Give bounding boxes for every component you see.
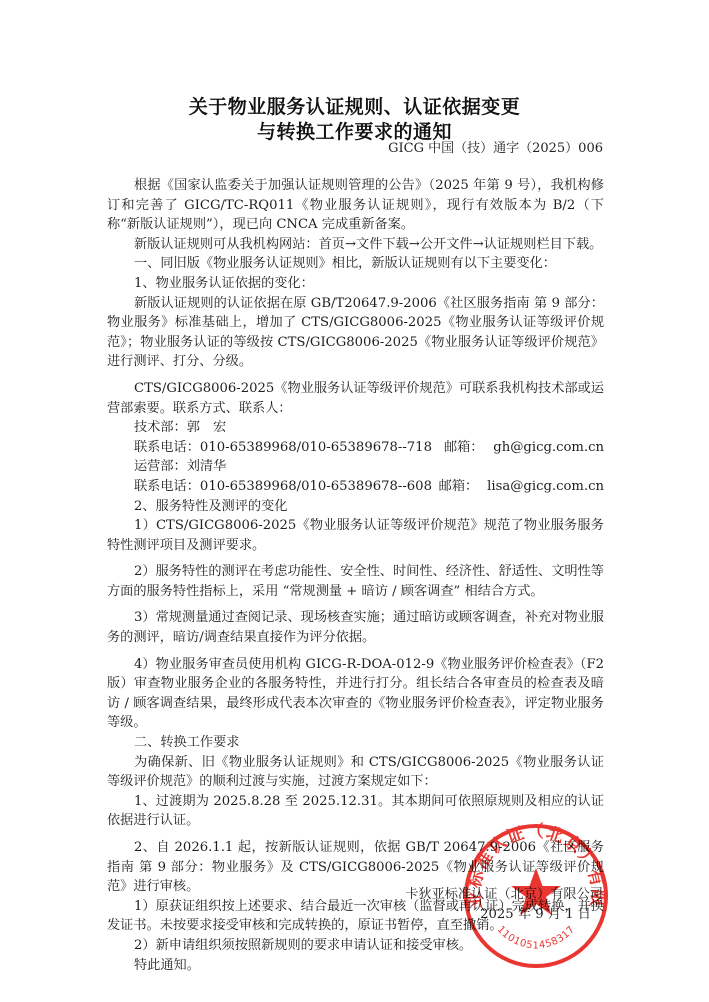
- paragraph-contact-intro: CTS/GICG8006-2025《物业服务认证等级评价规范》可联系我机构技术部…: [107, 379, 604, 418]
- paragraph-basis-detail: 新版认证规则的认证依据在原 GB/T20647.9-2006《社区服务指南 第 …: [107, 294, 604, 372]
- notice-document: 关于物业服务认证规则、认证依据变更 与转换工作要求的通知 GICG 中国（技）通…: [0, 0, 709, 1002]
- svg-text:1101051458317: 1101051458317: [495, 924, 578, 951]
- document-title-line1: 关于物业服务认证规则、认证依据变更: [0, 92, 709, 119]
- item-2-4: 4）物业服务审查员使用机构 GICG-R-DOA-012-9《物业服务评价检查表…: [107, 655, 604, 733]
- seal-code: 1101051458317: [495, 924, 578, 951]
- section-heading-changes: 一、同旧版《物业服务认证规则》相比，新版认证规则有以下主要变化：: [107, 254, 604, 274]
- contact-tech-email: gh@gicg.com.cn: [493, 438, 604, 458]
- contact-ops-row: 联系电话：010-65389968/010-65389678--608 邮箱： …: [107, 477, 604, 497]
- document-number: GICG 中国（技）通字（2025）006: [388, 137, 603, 156]
- contact-ops-dept: 运营部：刘清华: [107, 457, 604, 477]
- subheading-basis-change: 1、物业服务认证依据的变化：: [107, 274, 604, 294]
- contact-tech-dept: 技术部：郭 宏: [107, 418, 604, 438]
- item-2-2: 2）服务特性的测评在考虑功能性、安全性、时间性、经济性、舒适性、文明性等方面的服…: [107, 562, 604, 601]
- contact-tech-row: 联系电话：010-65389968/010-65389678--718 邮箱： …: [107, 438, 604, 458]
- contact-tech-phone: 联系电话：010-65389968/010-65389678--718: [134, 438, 444, 458]
- item-2-3: 3）常规测量通过查阅记录、现场核查实施；通过暗访或顾客调查，补充对物业服务的测评…: [107, 608, 604, 647]
- contact-ops-email: lisa@gicg.com.cn: [487, 477, 604, 497]
- contact-ops-mail-label: 邮箱：: [439, 477, 488, 497]
- paragraph-transition-intro: 为确保新、旧《物业服务认证规则》和 CTS/GICG8006-2025《物业服务…: [107, 753, 604, 792]
- subheading-service-change: 2、服务特性及测评的变化: [107, 497, 604, 517]
- paragraph-download: 新版认证规则可从我机构网站：首页→文件下载→公开文件→认证规则栏目下载。: [107, 235, 604, 255]
- paragraph-intro: 根据《国家认监委关于加强认证规则管理的公告》（2025 年第 9 号），我机构修…: [107, 176, 604, 235]
- item-2-1: 1）CTS/GICG8006-2025《物业服务认证等级评价规范》规范了物业服务…: [107, 516, 604, 555]
- company-seal-stamp-icon: 卡狄亚标准认证（北京）有限公司 1101051458317: [462, 822, 610, 970]
- contact-tech-mail-label: 邮箱：: [444, 438, 493, 458]
- section-heading-transition: 二、转换工作要求: [107, 733, 604, 753]
- contact-ops-phone: 联系电话：010-65389968/010-65389678--608: [134, 477, 439, 497]
